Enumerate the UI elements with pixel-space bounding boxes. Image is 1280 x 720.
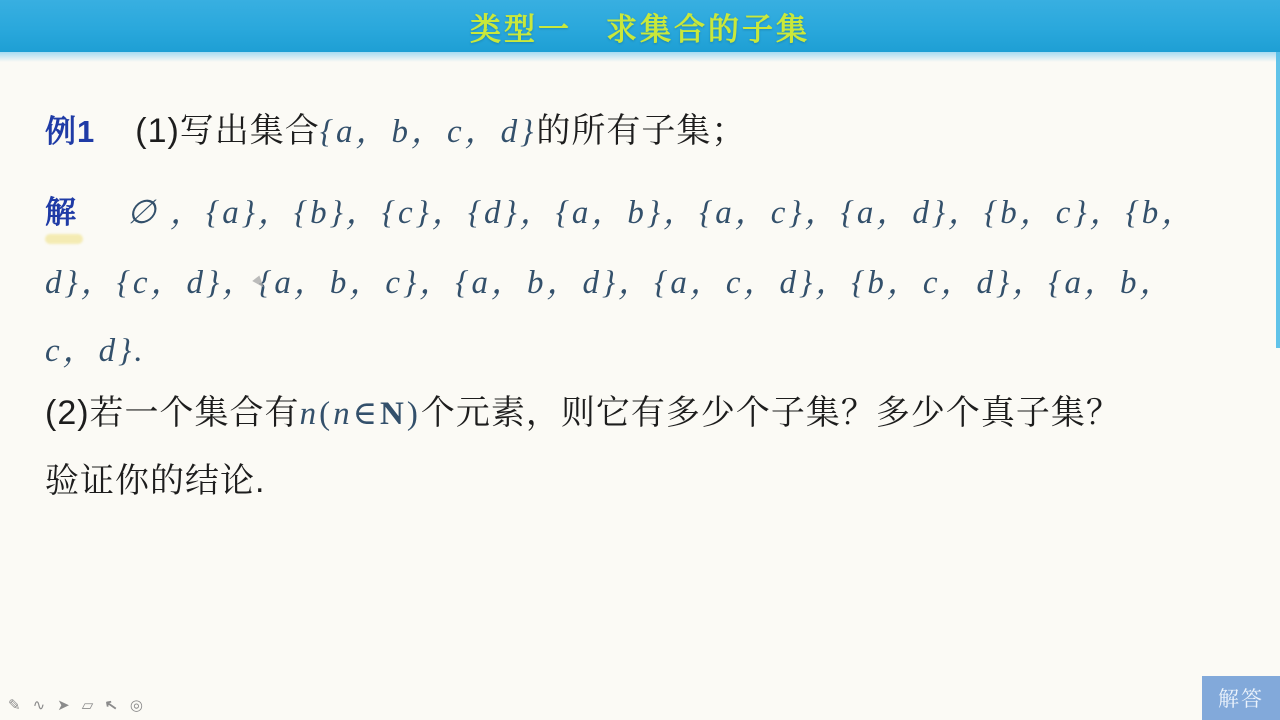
- target-icon[interactable]: ◎: [130, 697, 143, 715]
- slide: 类型一 求集合的子集 例1(1)写出集合{a，b，c，d}的所有子集； 解∅ ，…: [0, 0, 1280, 720]
- example-question-line: 例1(1)写出集合{a，b，c，d}的所有子集；: [45, 108, 1245, 161]
- solution-text-1: ∅ ，{a}，{b}，{c}，{d}，{a，b}，{a，c}，{a，d}，{b，…: [127, 195, 1197, 231]
- header-fade: [0, 52, 1280, 62]
- pointer-icon[interactable]: ↖: [104, 696, 120, 716]
- set-N-symbol: N: [380, 396, 407, 432]
- eraser-icon[interactable]: ▱: [82, 697, 94, 715]
- pen-icon[interactable]: ✎: [8, 697, 21, 715]
- solution-line-2: d}，{c，d}，{a，b，c}，{a，b，d}，{a，c，d}，{b，c，d}…: [45, 260, 1245, 306]
- var-n: n: [333, 396, 353, 432]
- element-of-symbol: ∈: [353, 396, 380, 432]
- question2-suffix: 个元素，则它有多少个子集？多少个真子集？: [421, 394, 1121, 432]
- solution-label: 解: [45, 195, 77, 230]
- answer-button[interactable]: 解答: [1202, 676, 1280, 720]
- header-bar: 类型一 求集合的子集: [0, 0, 1280, 52]
- question2-continued: 验证你的结论.: [45, 458, 1245, 504]
- arrow-icon[interactable]: ➤: [57, 697, 70, 715]
- solution-line-1: 解∅ ，{a}，{b}，{c}，{d}，{a，b}，{a，c}，{a，d}，{b…: [45, 190, 1245, 242]
- question2-prefix: (2)若一个集合有: [45, 394, 300, 432]
- close-paren: ): [407, 396, 421, 432]
- annotation-toolbar: ✎ ∿ ➤ ▱ ↖ ◎: [8, 697, 143, 715]
- question1-set: {a，b，c，d}: [320, 114, 537, 150]
- question2-line: (2)若一个集合有n(n∈N)个元素，则它有多少个子集？多少个真子集？: [45, 390, 1245, 443]
- curve-icon[interactable]: ∿: [33, 697, 46, 715]
- question1-suffix: 的所有子集；: [536, 112, 746, 150]
- question2-math: n(n∈N): [300, 396, 421, 432]
- question1-prefix: (1)写出集合: [135, 112, 320, 150]
- page-title: 类型一 求集合的子集: [470, 4, 810, 49]
- solution-line-3: c，d}.: [45, 328, 1245, 374]
- page-edge-line: [1276, 52, 1280, 348]
- var-n: n: [300, 396, 320, 432]
- example-label: 例1: [45, 114, 95, 149]
- open-paren: (: [319, 396, 333, 432]
